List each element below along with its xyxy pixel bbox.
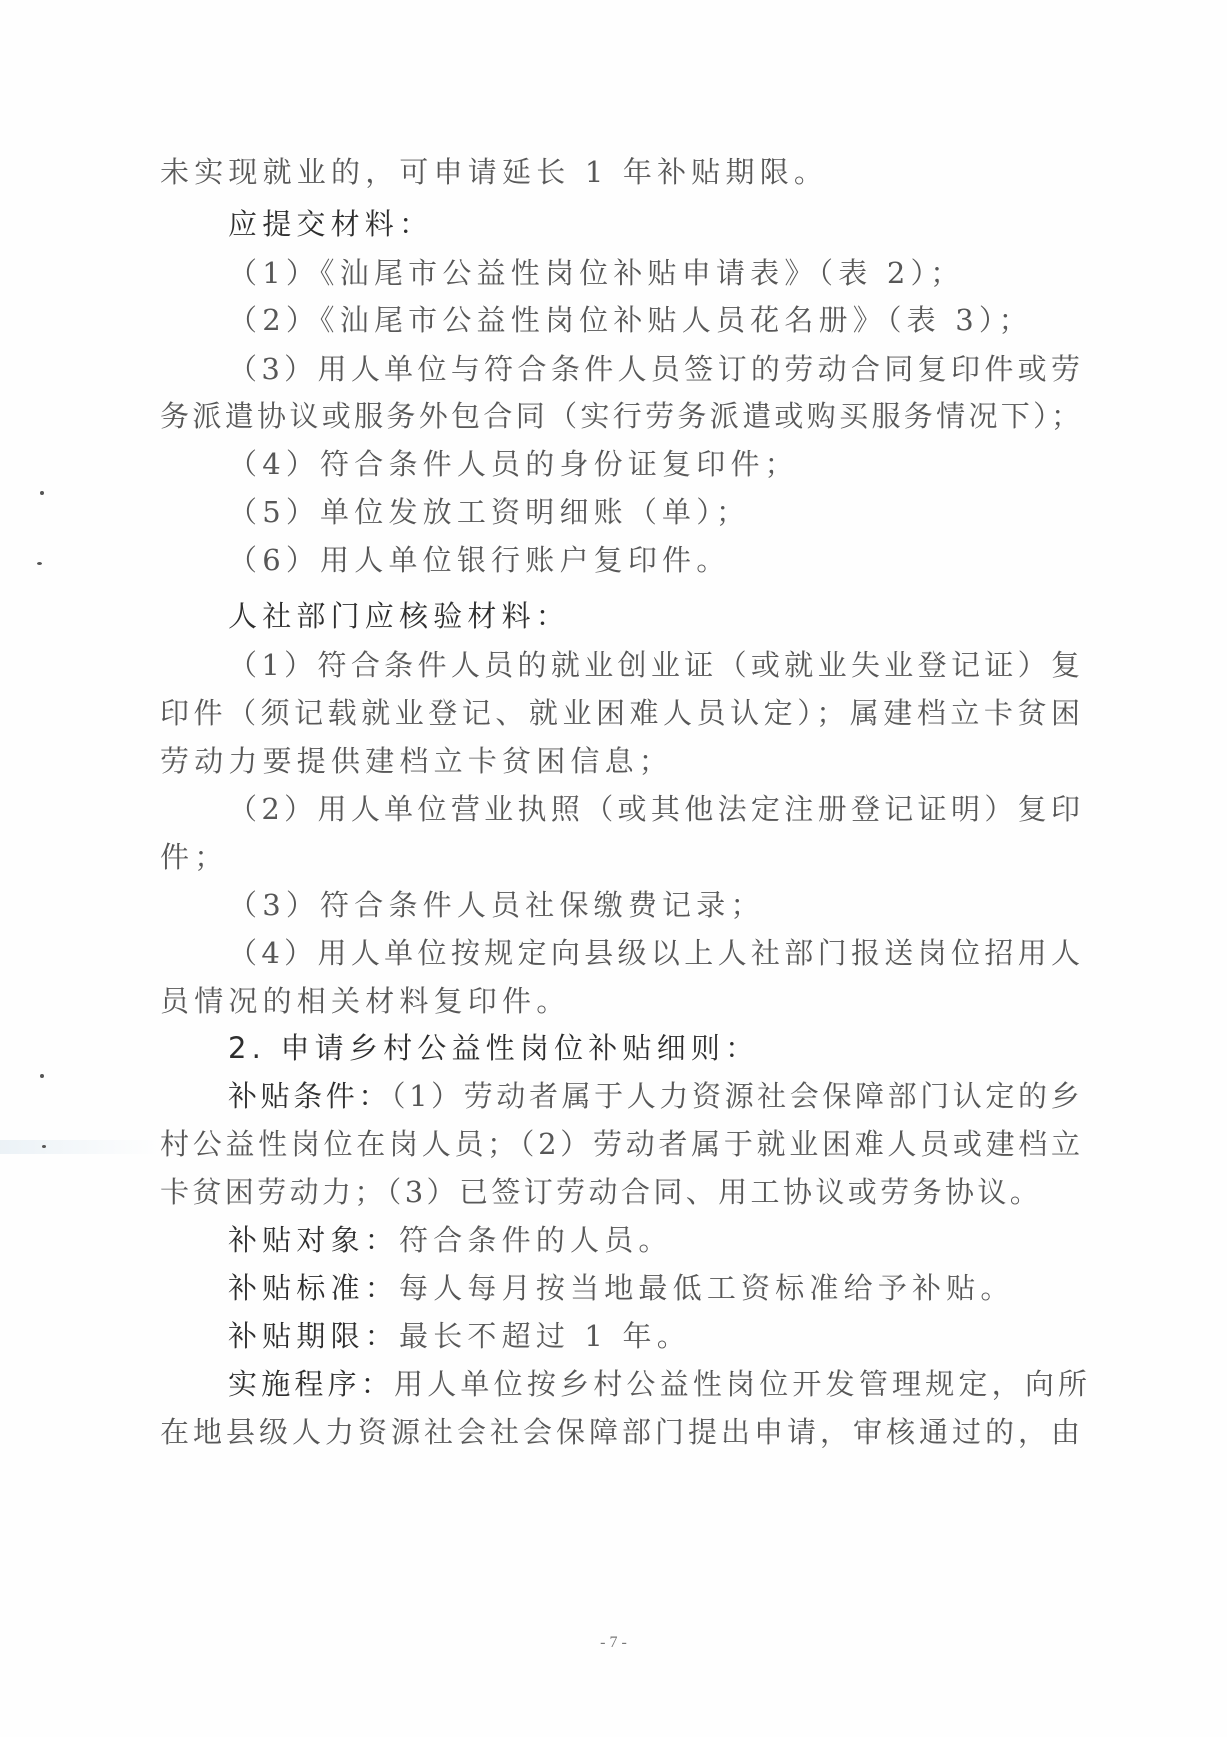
margin-mark (37, 562, 42, 565)
subsidy-conditions-line: 补贴条件：（1）劳动者属于人力资源社会保障部门认定的乡 (228, 1076, 1080, 1116)
list-item: （2）用人单位营业执照（或其他法定注册登记证明）复印 (228, 789, 1080, 829)
paragraph-line: 在地县级人力资源社会社会保障部门提出申请，审核通过的，由 (160, 1412, 1080, 1452)
list-item: （1）符合条件人员的就业创业证（或就业失业登记证）复 (228, 645, 1080, 685)
subsidy-target-line: 补贴对象：符合条件的人员。 (228, 1220, 673, 1260)
field-label: 补贴对象： (228, 1223, 399, 1257)
list-item-continued: 印件（须记载就业登记、就业困难人员认定）；属建档立卡贫困 (160, 693, 1080, 733)
paragraph-line: 卡贫困劳动力；（3）已签订劳动合同、用工协议或劳务协议。 (160, 1172, 1042, 1212)
page-number: - 7 - (0, 1634, 1227, 1652)
list-item: （6）用人单位银行账户复印件。 (228, 540, 730, 580)
subsidy-standard-line: 补贴标准：每人每月按当地最低工资标准给予补贴。 (228, 1268, 1015, 1308)
list-item-continued: 务派遣协议或服务外包合同（实行劳务派遣或购买服务情况下）； (160, 396, 1080, 436)
list-item: （4）符合条件人员的身份证复印件； (228, 444, 799, 484)
section-heading-rural-subsidy: 2. 申请乡村公益性岗位补贴细则： (228, 1028, 759, 1068)
field-value: 用人单位按乡村公益性岗位开发管理规定，向所 (394, 1367, 1091, 1401)
list-item-continued: 员情况的相关材料复印件。 (160, 981, 570, 1021)
margin-mark (40, 1074, 44, 1078)
scan-artifact (0, 1140, 160, 1154)
paragraph-line: 村公益性岗位在岗人员；（2）劳动者属于就业困难人员或建档立 (160, 1124, 1080, 1164)
field-value: 每人每月按当地最低工资标准给予补贴。 (399, 1271, 1015, 1305)
field-value: 符合条件的人员。 (399, 1223, 673, 1257)
field-label: 补贴标准： (228, 1271, 399, 1305)
list-item: （4）用人单位按规定向县级以上人社部门报送岗位招用人 (228, 933, 1080, 973)
implementation-procedure-line: 实施程序：用人单位按乡村公益性岗位开发管理规定，向所 (228, 1364, 1091, 1404)
margin-mark (42, 1145, 46, 1148)
list-item-continued: 劳动力要提供建档立卡贫困信息； (160, 741, 673, 781)
list-item: （3）符合条件人员社保缴费记录； (228, 885, 765, 925)
list-item: （3）用人单位与符合条件人员签订的劳动合同复印件或劳 (228, 349, 1080, 389)
paragraph-line: 未实现就业的，可申请延长 1 年补贴期限。 (160, 152, 828, 192)
section-heading-materials: 应提交材料： (228, 204, 433, 244)
document-page: 未实现就业的，可申请延长 1 年补贴期限。 应提交材料： （1）《汕尾市公益性岗… (0, 0, 1227, 1737)
list-item: （5）单位发放工资明细账（单）； (228, 492, 750, 532)
subsidy-period-line: 补贴期限：最长不超过 1 年。 (228, 1316, 691, 1356)
field-value: （1）劳动者属于人力资源社会保障部门认定的乡 (391, 1079, 1083, 1113)
field-label: 补贴条件： (228, 1079, 391, 1113)
field-label: 实施程序： (228, 1367, 394, 1401)
section-heading-verification: 人社部门应核验材料： (228, 596, 570, 636)
field-label: 补贴期限： (228, 1319, 399, 1353)
list-item: （1）《汕尾市公益性岗位补贴申请表》（表 2）； (228, 253, 964, 293)
field-value: 最长不超过 1 年。 (399, 1319, 691, 1353)
list-item-continued: 件； (160, 837, 228, 877)
margin-mark (40, 491, 44, 495)
list-item: （2）《汕尾市公益性岗位补贴人员花名册》（表 3）； (228, 300, 1033, 340)
